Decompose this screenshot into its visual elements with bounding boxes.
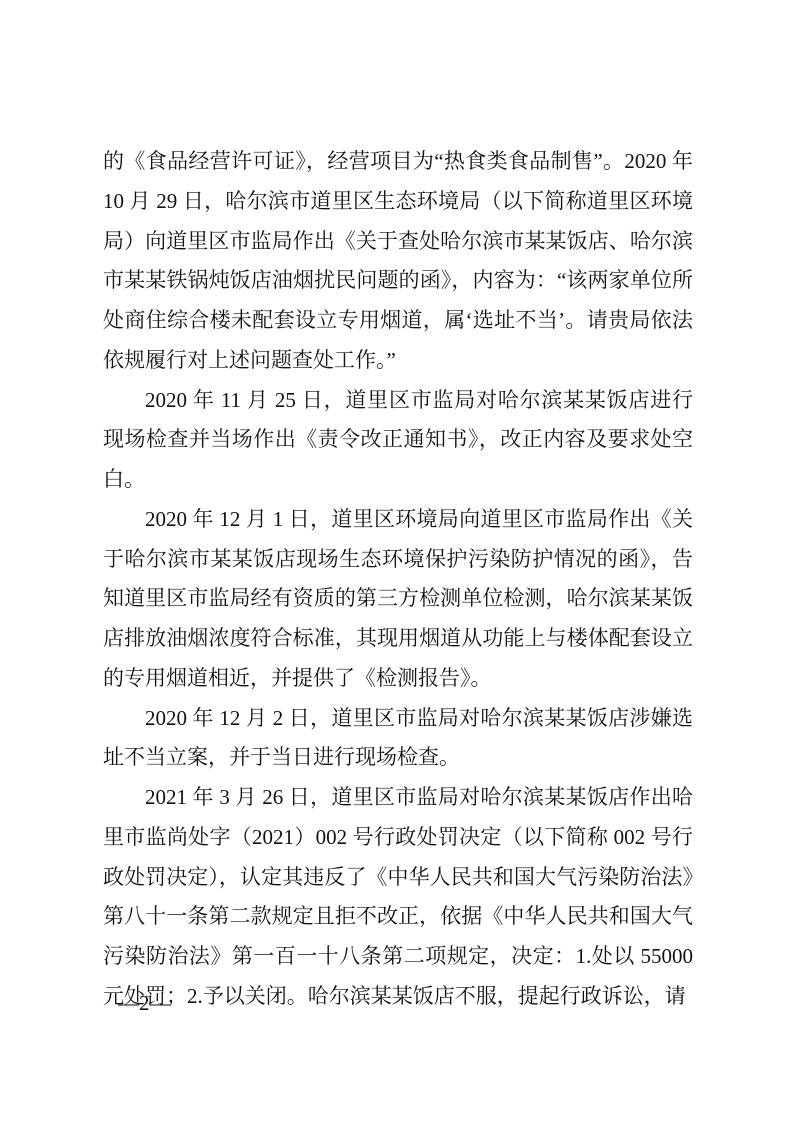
document-body: 的《食品经营许可证》，经营项目为“热食类食品制售”。2020 年 10 月 29… <box>103 142 693 1017</box>
paragraph: 2021 年 3 月 26 日，道里区市监局对哈尔滨某某饭店作出哈里市监尚处字（… <box>103 778 693 1017</box>
paragraph: 2020 年 11 月 25 日，道里区市监局对哈尔滨某某饭店进行现场检查并当场… <box>103 381 693 500</box>
paragraph: 2020 年 12 月 2 日，道里区市监局对哈尔滨某某饭店涉嫌选址不当立案，并… <box>103 699 693 779</box>
paragraph: 2020 年 12 月 1 日，道里区环境局向道里区市监局作出《关于哈尔滨市某某… <box>103 500 693 699</box>
document-page: 的《食品经营许可证》，经营项目为“热食类食品制售”。2020 年 10 月 29… <box>0 0 793 1122</box>
paragraph-continuation: 的《食品经营许可证》，经营项目为“热食类食品制售”。2020 年 10 月 29… <box>103 142 693 381</box>
page-number: —2— <box>118 990 171 1016</box>
